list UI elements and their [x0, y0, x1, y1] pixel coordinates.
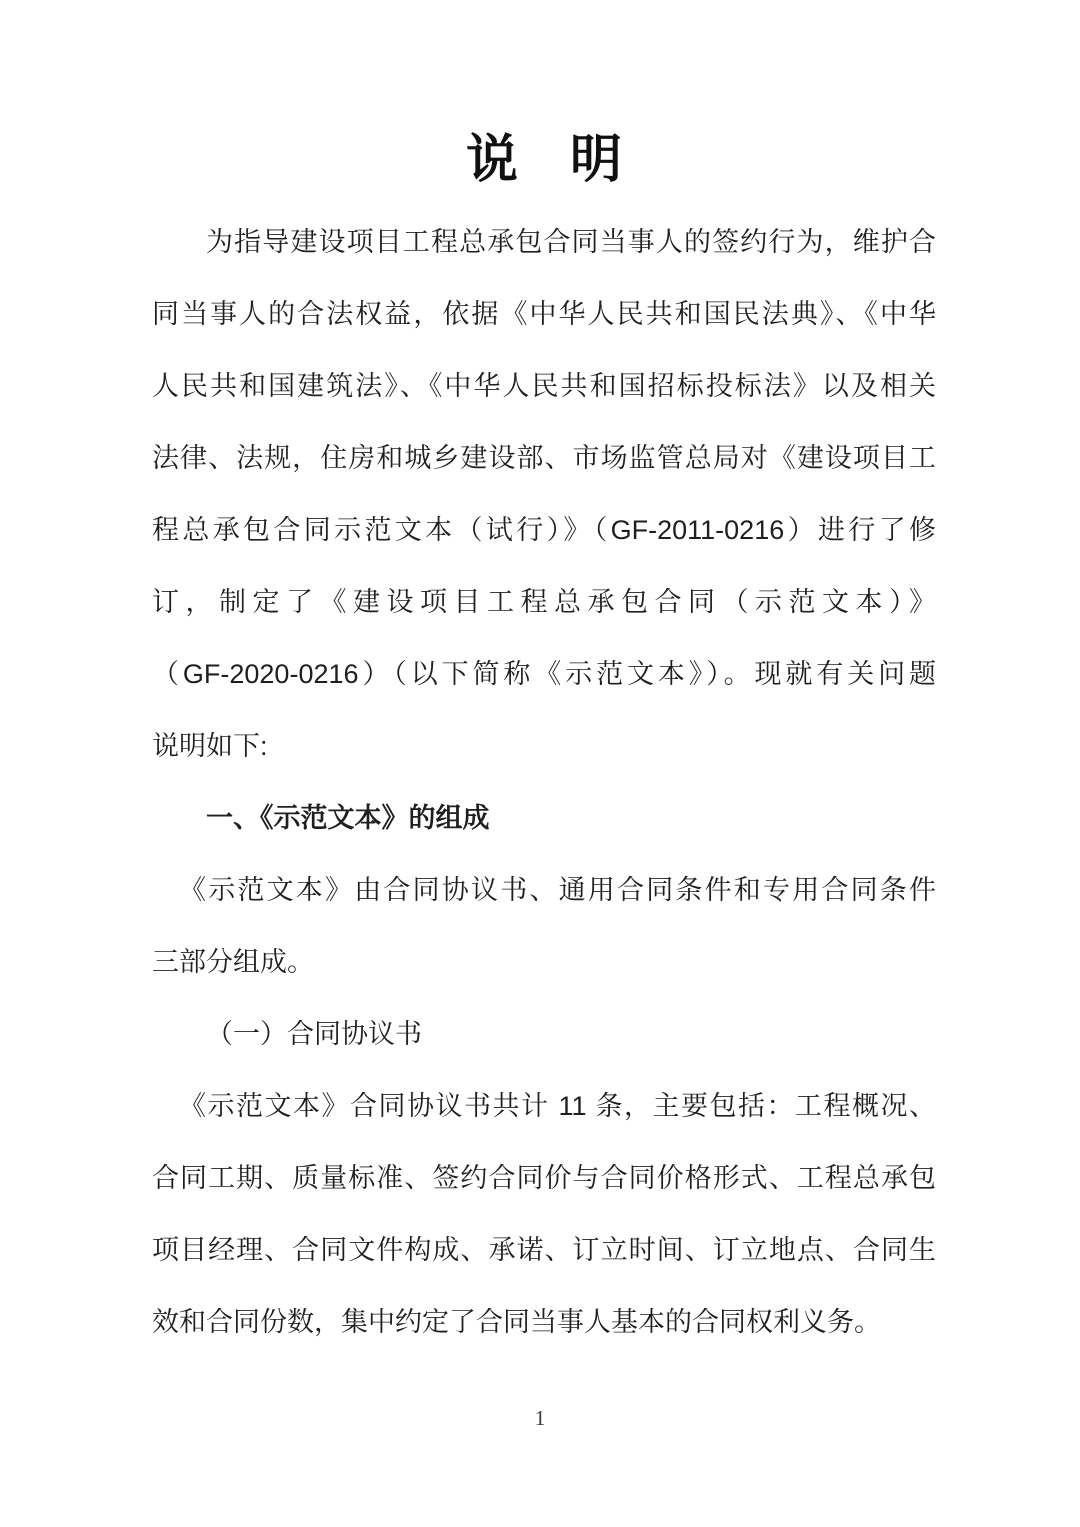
document-page: 说 明 为指导建设项目工程总承包合同当事人的签约行为，维护合 同当事人的合法权益…: [0, 0, 1080, 1527]
text-line: 三部分组成。: [152, 926, 936, 998]
paragraph-composition: 《示范文本》由合同协议书、通用合同条件和专用合同条件 三部分组成。: [152, 854, 936, 998]
text-line: 《示范文本》合同协议书共计 11 条，主要包括：工程概况、: [152, 1070, 936, 1142]
text-line: 效和合同份数，集中约定了合同当事人基本的合同权利义务。: [152, 1286, 936, 1358]
text-line: 人民共和国建筑法》、《中华人民共和国招标投标法》以及相关: [152, 350, 936, 422]
text-line: 程总承包合同示范文本（试行）》（GF-2011-0216）进行了修: [152, 494, 936, 566]
subsection-heading: （一）合同协议书: [152, 998, 936, 1070]
paragraph-intro: 为指导建设项目工程总承包合同当事人的签约行为，维护合 同当事人的合法权益，依据《…: [152, 206, 936, 782]
text-line: 同当事人的合法权益，依据《中华人民共和国民法典》、《中华: [152, 278, 936, 350]
paragraph-agreement: 《示范文本》合同协议书共计 11 条，主要包括：工程概况、 合同工期、质量标准、…: [152, 1070, 936, 1358]
text-line: 说明如下:: [152, 710, 936, 782]
text-line: 《示范文本》由合同协议书、通用合同条件和专用合同条件: [152, 854, 936, 926]
document-title: 说 明: [152, 130, 936, 192]
document-body: 为指导建设项目工程总承包合同当事人的签约行为，维护合 同当事人的合法权益，依据《…: [152, 206, 936, 1358]
section-heading: 一、《示范文本》的组成: [152, 782, 936, 854]
text-line: 为指导建设项目工程总承包合同当事人的签约行为，维护合: [152, 206, 936, 278]
page-number: 1: [0, 1404, 1080, 1432]
text-line: （GF-2020-0216）（以下简称《示范文本》）。现就有关问题: [152, 638, 936, 710]
text-line: 合同工期、质量标准、签约合同价与合同价格形式、工程总承包: [152, 1142, 936, 1214]
text-line: 项目经理、合同文件构成、承诺、订立时间、订立地点、合同生: [152, 1214, 936, 1286]
text-line: 订，制定了《建设项目工程总承包合同（示范文本）》: [152, 566, 936, 638]
text-line: 法律、法规，住房和城乡建设部、市场监管总局对《建设项目工: [152, 422, 936, 494]
